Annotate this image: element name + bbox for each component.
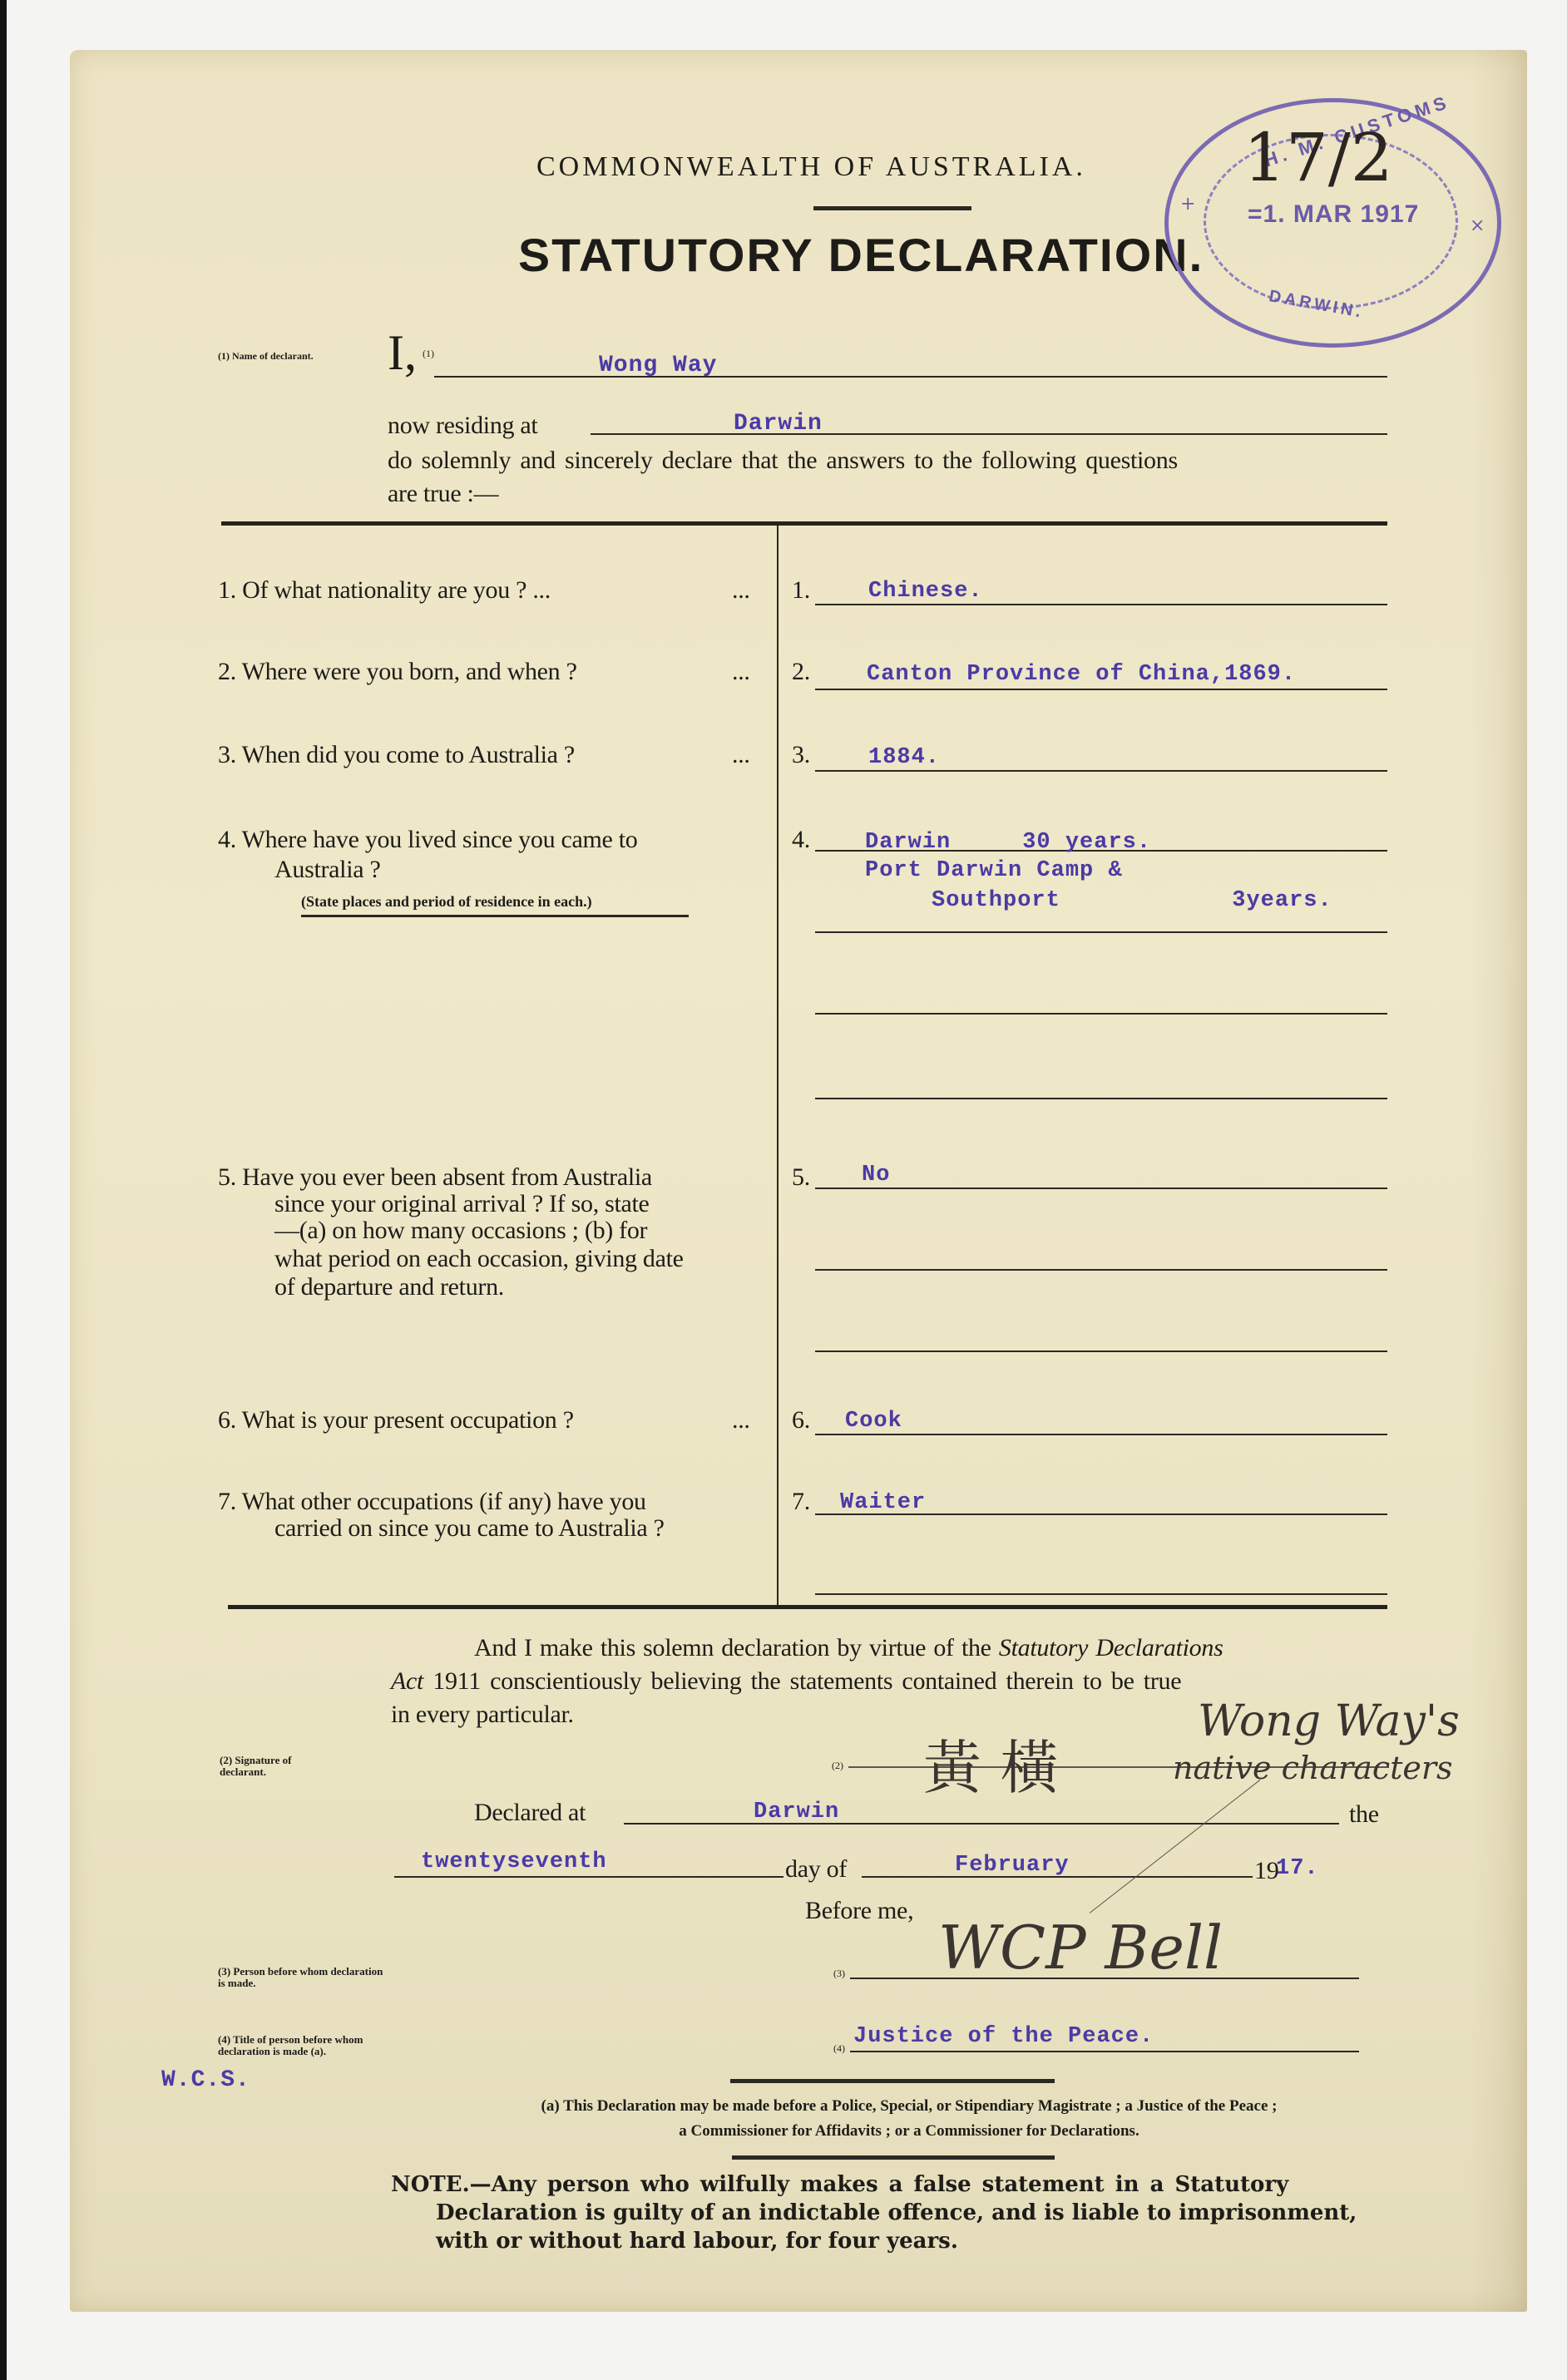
note-line-1: NOTE.—Any person who wilfully makes a fa… xyxy=(391,2172,1288,2197)
answer-5-line-1 xyxy=(815,1188,1387,1189)
question-3-text: When did you come to Australia ? xyxy=(242,741,575,768)
question-6-text: What is your present occupation ? xyxy=(242,1406,574,1434)
title-field[interactable]: Justice of the Peace. xyxy=(853,2024,1154,2049)
answer-2-num: 2. xyxy=(792,659,810,685)
answer-4-line-4 xyxy=(815,1098,1387,1099)
day-of-label: day of xyxy=(785,1856,847,1883)
column-divider xyxy=(777,526,779,1607)
declared-at-line xyxy=(624,1823,1339,1825)
answer-2-field[interactable]: Canton Province of China,1869. xyxy=(867,662,1296,687)
questions-top-rule xyxy=(221,521,1387,526)
footnote-divider xyxy=(730,2079,1055,2083)
question-2-text: Where were you born, and when ? xyxy=(242,658,577,685)
answer-7-line-2 xyxy=(815,1593,1387,1595)
question-7-text-2: carried on since you came to Australia ? xyxy=(274,1515,665,1542)
answer-5-num: 5. xyxy=(792,1164,810,1191)
declarant-signature-chinese: 黃 橫 xyxy=(923,1721,1058,1805)
signature-note-2: native characters xyxy=(1173,1750,1453,1786)
question-1-dots: ... xyxy=(732,577,750,604)
document-header: COMMONWEALTH OF AUSTRALIA. xyxy=(536,151,1086,183)
question-6-num: 6. xyxy=(218,1406,236,1434)
question-2-num: 2. xyxy=(218,658,236,685)
year-prefix: 19 xyxy=(1254,1858,1278,1884)
answer-5-line-3 xyxy=(815,1350,1387,1352)
question-4-text-2: Australia ? xyxy=(274,857,380,883)
title-ref: (4) xyxy=(833,2042,845,2055)
stamp-date: =1. MAR 1917 xyxy=(1248,200,1419,229)
residing-line xyxy=(591,433,1387,435)
declaration-line-2-text: 1911 conscientiously believing the state… xyxy=(433,1667,1181,1695)
the-label: the xyxy=(1349,1801,1379,1828)
question-6-dots: ... xyxy=(732,1407,750,1434)
declaration-line-2: Act 1911 conscientiously believing the s… xyxy=(391,1668,1181,1695)
document-title: STATUTORY DECLARATION. xyxy=(518,228,1204,282)
question-4-text: Where have you lived since you came to xyxy=(242,826,638,853)
question-4: 4. Where have you lived since you came t… xyxy=(218,827,638,853)
declare-text: do solemnly and sincerely declare that t… xyxy=(388,447,1178,474)
declarant-prefix: I, xyxy=(388,328,417,378)
answer-5-field[interactable]: No xyxy=(862,1163,890,1188)
answer-1-num: 1. xyxy=(792,577,810,604)
question-5-text-3: —(a) on how many occasions ; (b) for xyxy=(274,1217,647,1244)
question-4-num: 4. xyxy=(218,826,236,853)
question-4-note-underline xyxy=(301,915,689,917)
answer-3-num: 3. xyxy=(792,742,810,768)
residing-field[interactable]: Darwin xyxy=(734,411,823,437)
day-field[interactable]: twentyseventh xyxy=(421,1849,607,1874)
day-line xyxy=(394,1876,783,1878)
footnote-line-1: (a) This Declaration may be made before … xyxy=(414,2097,1404,2116)
declare-text-2: are true :— xyxy=(388,481,498,507)
declaration-line-1-text: And I make this solemn declaration by vi… xyxy=(474,1634,991,1662)
question-7-text: What other occupations (if any) have you xyxy=(242,1488,646,1515)
initials-stamp: W.C.S. xyxy=(161,2067,250,2093)
stamp-cross-left: + xyxy=(1180,194,1195,215)
margin-note-person: (3) Person before whom declaration is ma… xyxy=(218,1966,384,1989)
answer-4-num: 4. xyxy=(792,827,810,853)
note-divider xyxy=(732,2155,1055,2160)
answer-7-field[interactable]: Waiter xyxy=(840,1490,926,1515)
answer-5-line-2 xyxy=(815,1269,1387,1271)
act-word-italic: Act xyxy=(391,1667,423,1695)
question-3: 3. When did you come to Australia ? xyxy=(218,742,575,768)
question-5-text: Have you ever been absent from Australia xyxy=(242,1163,652,1191)
stamp-handwritten-number: 17/2 xyxy=(1243,119,1393,196)
question-5-text-2: since your original arrival ? If so, sta… xyxy=(274,1191,650,1217)
declared-at-field[interactable]: Darwin xyxy=(754,1800,839,1825)
person-ref: (3) xyxy=(833,1968,845,1980)
declarant-ref: (1) xyxy=(423,348,434,360)
answer-4-field-2[interactable]: Port Darwin Camp & xyxy=(865,858,1123,883)
question-4-note: (State places and period of residence in… xyxy=(301,893,592,911)
answer-3-field[interactable]: 1884. xyxy=(868,745,940,770)
question-1: 1. Of what nationality are you ? ... xyxy=(218,577,551,604)
answer-4-field-3[interactable]: Southport 3years. xyxy=(932,888,1332,913)
note-line-2: Declaration is guilty of an indictable o… xyxy=(436,2200,1357,2225)
name-line xyxy=(434,376,1387,378)
title-line xyxy=(850,2051,1359,2052)
act-name-italic: Statutory Declarations xyxy=(999,1634,1223,1662)
answer-1-line xyxy=(815,604,1387,605)
answer-1-field[interactable]: Chinese. xyxy=(868,579,983,604)
year-field[interactable]: 17. xyxy=(1276,1856,1319,1881)
margin-note-name: (1) Name of declarant. xyxy=(218,350,314,362)
customs-stamp: H. M. CUSTOMS =1. MAR 1917 DARWIN. 17/2 … xyxy=(1164,98,1501,348)
signature-note: Wong Way's xyxy=(1198,1696,1460,1746)
answer-6-line xyxy=(815,1434,1387,1435)
residing-label: now residing at xyxy=(388,412,537,439)
month-field[interactable]: February xyxy=(955,1853,1070,1878)
scan-edge xyxy=(0,0,7,2380)
question-1-text: Of what nationality are you ? ... xyxy=(242,576,551,604)
question-5-text-5: of departure and return. xyxy=(274,1274,504,1301)
question-3-dots: ... xyxy=(732,742,750,768)
note-line-3: with or without hard labour, for four ye… xyxy=(436,2229,958,2254)
question-1-num: 1. xyxy=(218,576,236,604)
question-7: 7. What other occupations (if any) have … xyxy=(218,1489,646,1515)
declared-at-label: Declared at xyxy=(474,1800,586,1826)
answer-3-line xyxy=(815,770,1387,772)
answer-2-line xyxy=(815,689,1387,690)
declaration-line-1: And I make this solemn declaration by vi… xyxy=(474,1635,1223,1662)
person-signature: WCP Bell xyxy=(938,1913,1223,1983)
answer-6-num: 6. xyxy=(792,1407,810,1434)
declarant-name-field[interactable]: Wong Way xyxy=(599,353,717,378)
stamp-cross-right: × xyxy=(1470,215,1485,236)
question-5-num: 5. xyxy=(218,1163,236,1191)
header-divider xyxy=(813,206,971,210)
question-2-dots: ... xyxy=(732,659,750,685)
margin-note-title: (4) Title of person before whom declarat… xyxy=(218,2034,393,2057)
question-5-text-4: what period on each occasion, giving dat… xyxy=(274,1246,684,1272)
question-3-num: 3. xyxy=(218,741,236,768)
footnote-line-2: a Commissioner for Affidavits ; or a Com… xyxy=(414,2122,1404,2141)
before-me-label: Before me, xyxy=(805,1898,913,1924)
signature-ref: (2) xyxy=(832,1760,843,1772)
margin-note-signature: (2) Signature of declarant. xyxy=(220,1755,336,1778)
answer-6-field[interactable]: Cook xyxy=(845,1409,902,1434)
question-7-num: 7. xyxy=(218,1488,236,1515)
question-6: 6. What is your present occupation ? xyxy=(218,1407,574,1434)
question-2: 2. Where were you born, and when ? xyxy=(218,659,577,685)
question-5: 5. Have you ever been absent from Austra… xyxy=(218,1164,652,1191)
answer-7-num: 7. xyxy=(792,1489,810,1515)
answer-4-line-3 xyxy=(815,1013,1387,1015)
answer-4-line-2 xyxy=(815,931,1387,933)
questions-bottom-rule xyxy=(228,1605,1387,1609)
answer-4-field[interactable]: Darwin 30 years. xyxy=(865,830,1151,855)
declaration-line-3: in every particular. xyxy=(391,1701,574,1728)
